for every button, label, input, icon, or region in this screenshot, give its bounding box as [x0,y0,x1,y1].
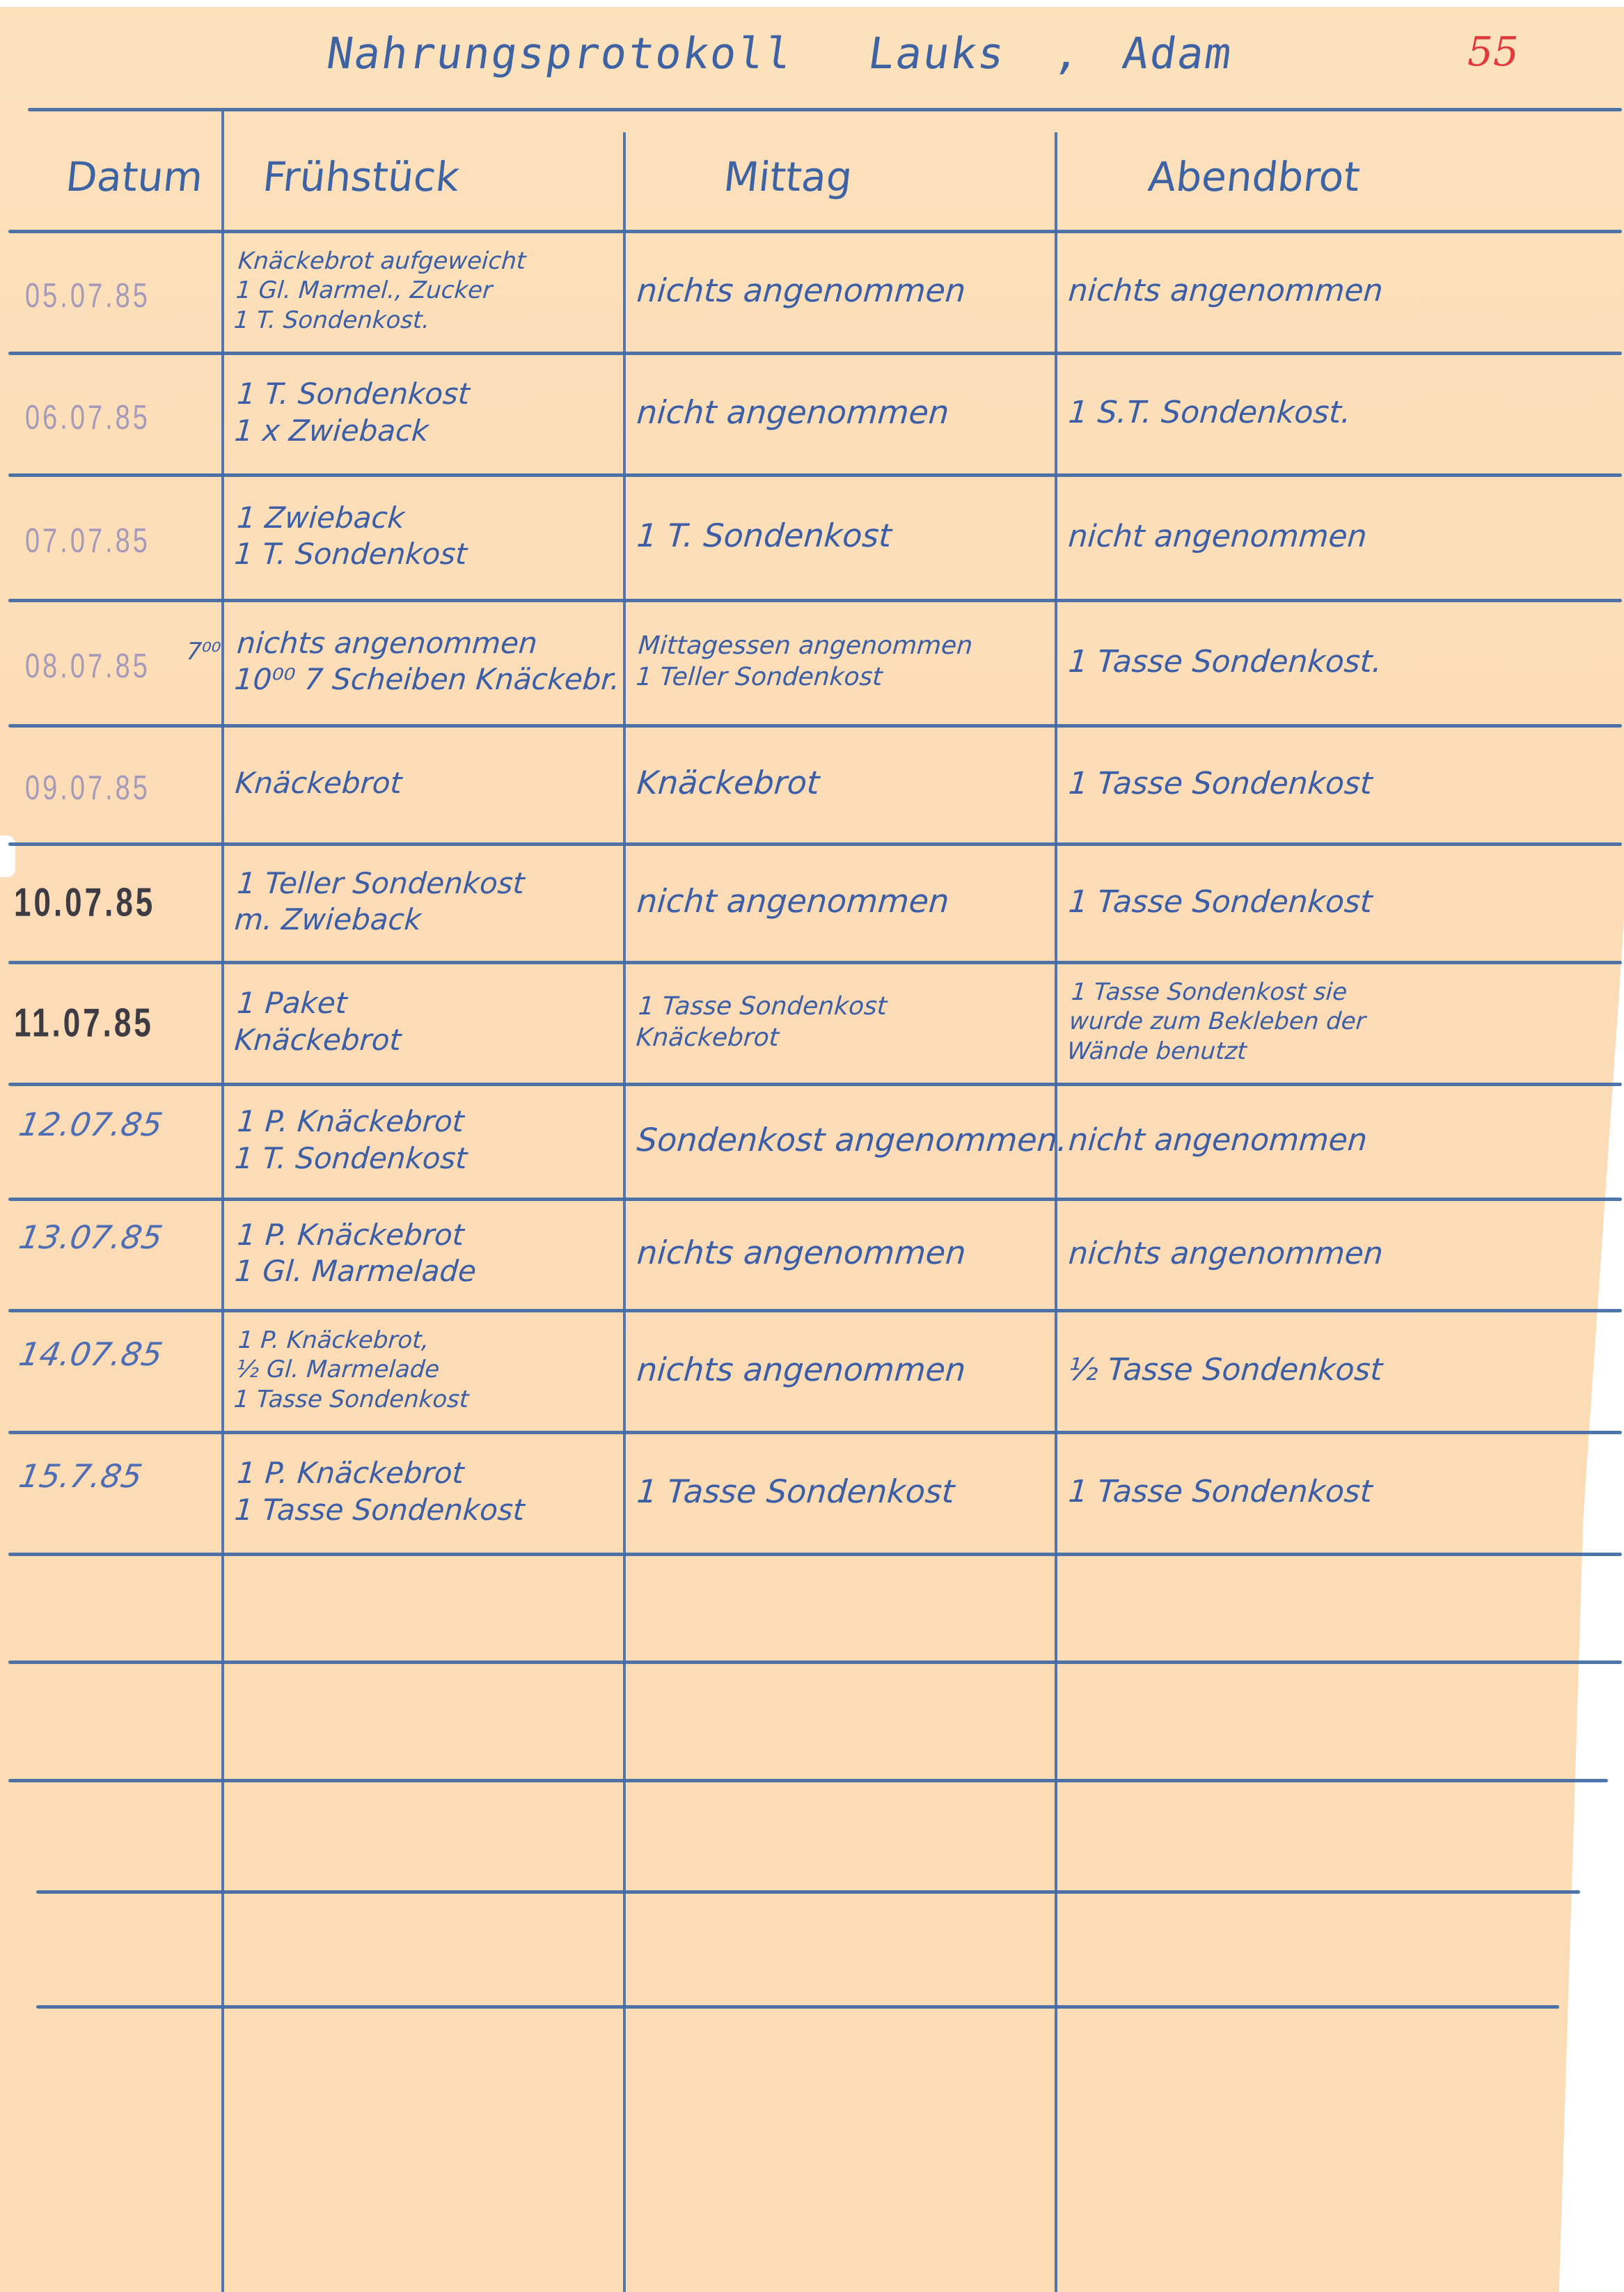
header-lunch: Mittag [721,153,854,201]
document-title: Nahrungsprotokoll Lauks, Adam [324,28,1285,79]
cell-line: Knäckebrot [635,1022,1055,1053]
torn-edge [0,835,15,877]
dinner-cell: 1 S.T. Sondenkost. [1067,352,1616,432]
breakfast-cell [235,1779,629,1835]
lunch-cell: nichts angenommen [636,230,1059,311]
lunch-cell: nichts angenommen [636,1309,1059,1390]
dinner-cell [1068,1661,1615,1720]
lunch-cell [636,1779,1058,1835]
cell-line: 1 Tasse Sondenkost [1067,883,1613,921]
dinner-cell [1068,1779,1615,1835]
cell-line: Knäckebrot [233,1022,626,1059]
page-number: 55 [1467,28,1519,75]
lunch-cell: 1 Tasse SondenkostKnäckebrot [635,961,1059,1053]
dinner-cell: ½ Tasse Sondenkost [1067,1309,1616,1389]
cell-line: nicht angenommen [1067,1121,1613,1159]
cell-line: 1 Tasse Sondenkost [233,1492,626,1529]
row-date: 13.07.85 [16,1218,165,1256]
dinner-cell: 1 Tasse Sondenkost. [1067,599,1616,681]
lunch-cell [636,1661,1058,1720]
cell-line: 1 Paket [236,985,629,1022]
header-breakfast: Frühstück [260,153,462,201]
cell-line: 1 P. Knäckebrot [236,1104,629,1140]
row-date: 15.7.85 [16,1457,145,1495]
dinner-cell: 1 Tasse Sondenkost [1067,1431,1616,1511]
cell-line: Sondenkost angenommen. [636,1120,1056,1161]
row-date: 14.07.85 [16,1335,165,1373]
breakfast-cell: 1 P. Knäckebrot,½ Gl. Marmelade1 Tasse S… [233,1309,631,1414]
dinner-cell [1065,2005,1618,2149]
lunch-cell [633,2005,1061,2149]
breakfast-cell: 1 P. Knäckebrot1 Tasse Sondenkost [233,1431,630,1528]
cell-line: 1 Gl. Marmelade [233,1253,626,1290]
breakfast-cell: Knäckebrot aufgeweicht1 Gl. Marmel., Zuc… [233,230,631,335]
cell-line: nichts angenommen [636,1350,1056,1390]
row-date: 10.07.85 [14,881,155,926]
dinner-cell: 1 Tasse Sondenkost [1067,842,1616,921]
cell-line: 1 Teller Sondenkost [635,661,1055,693]
cell-line: 1 Tasse Sondenkost [1067,764,1613,803]
cell-line: 1 P. Knäckebrot [236,1217,629,1254]
cell-line: nichts angenommen [236,625,629,662]
lunch-cell: Sondenkost angenommen. [636,1083,1059,1160]
row-date: 06.07.85 [25,399,150,438]
breakfast-cell [235,1661,629,1720]
breakfast-cell [232,2005,631,2149]
cell-line: Knäckebrot [234,765,626,802]
cell-line: 1 T. Sondenkost [233,536,626,573]
row-date: 07.07.85 [25,522,150,561]
cell-line: 1 Tasse Sondenkost [1067,1473,1613,1511]
cell-line: 1 P. Knäckebrot, [237,1326,629,1356]
cell-line: 10⁰⁰ 7 Scheiben Knäckebr. [233,661,626,698]
cell-line: 1 Tasse Sondenkost [638,991,1057,1022]
cell-line: nichts angenommen [636,271,1056,311]
breakfast-cell [235,1890,629,1948]
dinner-cell [1068,1890,1615,1948]
header-date: Datum [63,153,205,201]
cell-line: Knäckebrot [636,763,1056,803]
title-text: Nahrungsprotokoll [324,28,796,79]
lunch-cell: Mittagessen angenommen1 Teller Sondenkos… [635,599,1059,693]
cell-line: 1 S.T. Sondenkost. [1067,393,1613,432]
cell-line: 1 T. Sondenkost [236,376,629,413]
breakfast-cell: 1 P. Knäckebrot1 T. Sondenkost [233,1083,629,1177]
time-note: 7⁰⁰ [186,637,222,667]
lunch-cell [636,1890,1058,1948]
breakfast-cell: 1 PaketKnäckebrot [233,961,630,1058]
dinner-cell: 1 Tasse Sondenkost [1067,724,1616,803]
breakfast-cell [235,1553,628,1607]
cell-line: 1 T. Sondenkost [636,516,1056,556]
breakfast-cell: 1 Teller Sondenkostm. Zwieback [233,842,630,939]
row-date: 09.07.85 [25,769,150,808]
cell-line: 1 Tasse Sondenkost [233,1385,625,1415]
cell-line: nicht angenommen [636,393,1056,433]
breakfast-cell: nichts angenommen10⁰⁰ 7 Scheiben Knäckeb… [233,599,630,698]
cell-line: 1 T. Sondenkost [233,1140,626,1177]
row-date: 08.07.85 [25,647,150,686]
cell-line: nichts angenommen [1067,1234,1613,1273]
breakfast-cell: 1 T. Sondenkost1 x Zwieback [233,352,630,449]
cell-line: 1 Tasse Sondenkost sie [1071,978,1616,1007]
cell-line: 1 x Zwieback [233,413,626,450]
dinner-cell: 1 Tasse Sondenkost siewurde zum Bekleben… [1066,961,1617,1066]
cell-line: 1 Tasse Sondenkost. [1067,643,1613,681]
dinner-cell [1068,1553,1614,1607]
cell-line: ½ Gl. Marmelade [235,1355,627,1385]
lunch-cell: 1 Tasse Sondenkost [636,1431,1059,1512]
dinner-cell: nichts angenommen [1067,1198,1616,1273]
breakfast-cell: 1 P. Knäckebrot1 Gl. Marmelade [233,1198,629,1290]
cell-line: 1 P. Knäckebrot [236,1455,629,1492]
header-dinner: Abendbrot [1146,153,1362,201]
row-date: 11.07.85 [14,1001,154,1046]
lunch-cell: 1 T. Sondenkost [636,473,1059,556]
dinner-cell: nicht angenommen [1067,1083,1616,1159]
cell-line: Wände benutzt [1066,1037,1611,1067]
patient-last-name: Lauks [865,28,1009,79]
cell-line: wurde zum Bekleben der [1069,1007,1614,1037]
dinner-cell: nicht angenommen [1067,473,1616,556]
header-top-rule [28,108,1622,111]
cell-line: Knäckebrot aufgeweicht [237,246,629,276]
lunch-cell: Knäckebrot [636,724,1059,803]
cell-line: Mittagessen angenommen [637,630,1057,661]
name-separator: , [1050,28,1085,79]
row-date: 12.07.85 [16,1106,165,1143]
cell-line: 1 Gl. Marmel., Zucker [235,276,627,306]
row-date: 05.07.85 [25,277,150,316]
patient-first-name: Adam [1119,28,1236,79]
cell-line: nichts angenommen [1067,272,1613,310]
lunch-cell [636,1553,1057,1607]
breakfast-cell: 1 Zwieback1 T. Sondenkost [233,473,630,573]
cell-line: nichts angenommen [636,1233,1056,1273]
cell-line: nicht angenommen [636,881,1056,922]
breakfast-cell: Knäckebrot [234,724,629,801]
cell-line: 1 T. Sondenkost. [233,306,625,336]
cell-line: 1 Zwieback [236,500,629,537]
dinner-cell: nichts angenommen [1067,230,1616,310]
lunch-cell: nicht angenommen [636,352,1059,432]
cell-line: 1 Tasse Sondenkost [636,1472,1056,1512]
column-rule [221,111,224,2292]
cell-line: nicht angenommen [1067,517,1613,556]
cell-line: m. Zwieback [233,902,626,939]
cell-line: 1 Teller Sondenkost [236,865,629,902]
lunch-cell: nichts angenommen [636,1198,1059,1273]
cell-line: ½ Tasse Sondenkost [1067,1351,1613,1389]
lunch-cell: nicht angenommen [636,842,1059,922]
